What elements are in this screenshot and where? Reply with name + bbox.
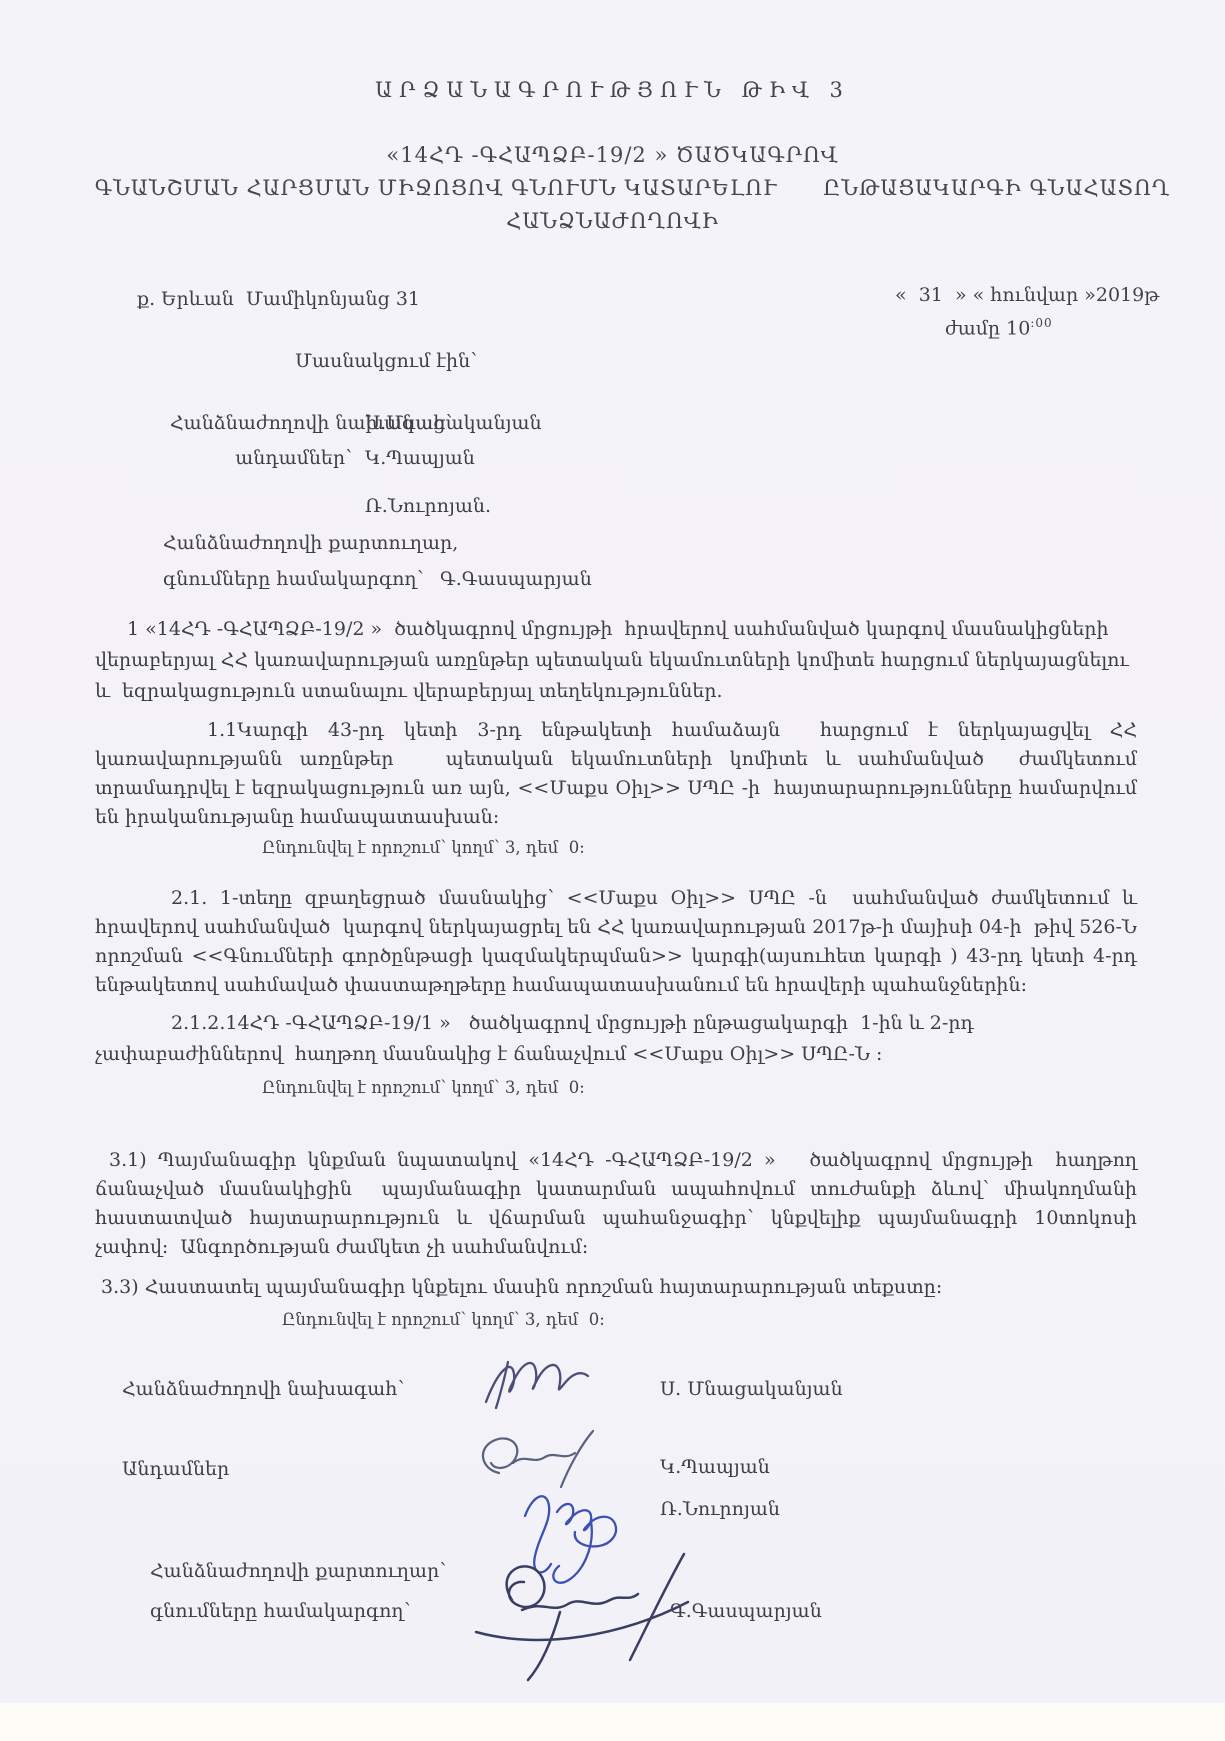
participants-heading: Մասնակցում էին՝ bbox=[295, 350, 477, 372]
decision-line-1: Ընդունվել է որոշում՝ կողմ՝ 3, դեմ 0: bbox=[262, 838, 585, 857]
decision-line-3: Ընդունվել է որոշում՝ կողմ՝ 3, դեմ 0: bbox=[282, 1310, 605, 1329]
scanned-document-page: ԱՐՁԱՆԱԳՐՈՒԹՅՈՒՆ ԹԻՎ 3 «14ՀԴ -ԳՀԱՊՁԲ-19/2… bbox=[0, 0, 1225, 1741]
signature-chairman-name: Ս. Մնացականյան bbox=[660, 1378, 843, 1400]
secretary-signature bbox=[452, 1548, 702, 1688]
paragraph-3-3: 3.3) Հաստատել պայմանագիր կնքելու մասին ո… bbox=[95, 1272, 1137, 1303]
time-superscript: :00 bbox=[1030, 316, 1052, 330]
page-bottom-edge bbox=[0, 1703, 1225, 1741]
location-line: ք. Երևան Մամիկոնյանց 31 bbox=[137, 288, 420, 310]
secretary-label-1: Հանձնաժողովի քարտուղար, bbox=[163, 532, 458, 554]
signature-member2-name: Ռ.Նուրոյան bbox=[660, 1498, 780, 1520]
paragraph-3-1: 3.1) Պայմանագիր կնքման նպատակով «14ՀԴ -Գ… bbox=[95, 1146, 1137, 1262]
secretary-signature-ink bbox=[476, 1554, 688, 1680]
header-code-line: «14ՀԴ -ԳՀԱՊՁԲ-19/2 » ԾԱԾԿԱԳՐՈՎ bbox=[0, 143, 1225, 167]
secretary-name: Գ.Գասպարյան bbox=[440, 568, 592, 590]
chairman-signature-ink bbox=[486, 1362, 588, 1408]
signature-member1-name: Կ.Պապյան bbox=[660, 1456, 770, 1478]
members-label: անդամներ՝ bbox=[170, 447, 352, 469]
time-label: ժամը 10 bbox=[945, 317, 1030, 339]
paragraph-2-1-2: 2.1.2.14ՀԴ -ԳՀԱՊՁԲ-19/1 » ծածկագրով մրցո… bbox=[95, 1008, 1085, 1070]
paragraph-1: 1 «14ՀԴ -ԳՀԱՊՁԲ-19/2 » ծածկագրով մրցույթ… bbox=[95, 614, 1137, 707]
signature-secretary-label-2: գնումները համակարգող՝ bbox=[150, 1600, 411, 1622]
signature-secretary-label-1: Հանձնաժողովի քարտուղար՝ bbox=[150, 1560, 446, 1582]
paragraph-1-1: 1.1Կարգի 43-րդ կետի 3-րդ ենթակետի համաձա… bbox=[95, 716, 1137, 832]
chairman-name: Ս.Մնացականյան bbox=[365, 412, 542, 434]
date-line: « 31 » « հունվար »2019թ bbox=[895, 284, 1159, 306]
header-committee-line: ՀԱՆՁՆԱԺՈՂՈՎԻ bbox=[0, 209, 1225, 233]
time-line: ժամը 10:00 bbox=[945, 316, 1053, 339]
member1-name: Կ.Պապյան bbox=[365, 447, 475, 469]
decision-line-2: Ընդունվել է որոշում՝ կողմ՝ 3, դեմ 0: bbox=[262, 1078, 585, 1097]
signature-members-label: Անդամներ bbox=[122, 1458, 229, 1480]
header-procedure-line: ԳՆԱՆՇՄԱՆ ՀԱՐՑՄԱՆ ՄԻՋՈՑՈՎ ԳՆՈՒՄՆ ԿԱՏԱՐԵԼՈ… bbox=[0, 176, 1225, 200]
document-title: ԱՐՁԱՆԱԳՐՈՒԹՅՈՒՆ ԹԻՎ 3 bbox=[0, 78, 1225, 102]
chairman-signature bbox=[468, 1340, 618, 1425]
member2-name: Ռ.Նուրոյան. bbox=[365, 495, 491, 517]
secretary-label-2: գնումները համակարգող՝ bbox=[163, 568, 424, 590]
signature-chairman-label: Հանձնաժողովի նախագահ՝ bbox=[122, 1378, 404, 1400]
paragraph-2-1: 2.1. 1-տեղը զբաղեցրած մասնակից՝ <<Մաքս Օ… bbox=[95, 884, 1137, 1000]
